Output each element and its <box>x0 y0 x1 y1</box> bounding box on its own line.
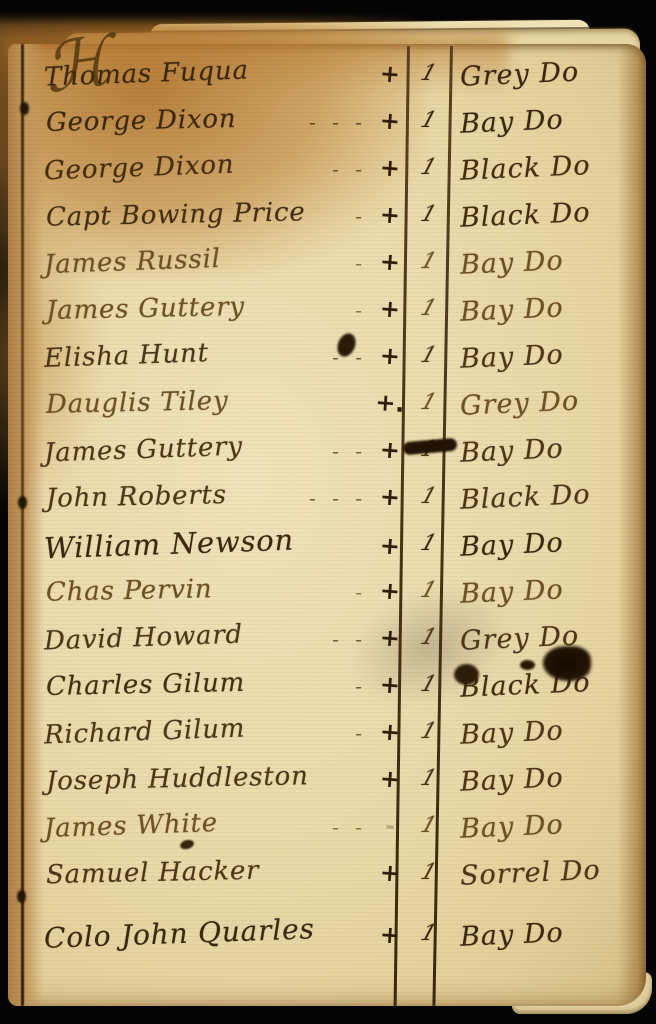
name-cell: Joseph Huddleston+ <box>44 764 407 794</box>
entry-name: George Dixon <box>44 149 235 186</box>
ledger-row: Samuel Hacker+1Sorrel Do <box>44 849 642 896</box>
entry-horse-color: Grey Do <box>449 383 642 422</box>
entry-count: 1 <box>403 860 454 885</box>
name-cell: James White- -- <box>44 811 407 841</box>
entry-horse-color: Black Do <box>449 148 642 187</box>
entry-name: James Russil <box>44 243 222 279</box>
entry-name: Thomas Fuqua <box>44 55 250 92</box>
entry-name: James White <box>44 807 219 843</box>
entry-horse-color: Black Do <box>449 665 642 704</box>
entry-count: 1 <box>403 484 454 509</box>
entry-name: William Newson <box>43 522 294 565</box>
entry-dashes: - - <box>243 439 373 463</box>
entry-name: Dauglis Tiley <box>46 386 229 420</box>
book-binding <box>8 44 44 1006</box>
entry-count: 1 <box>403 390 454 415</box>
entry-horse-color: Bay Do <box>449 571 642 610</box>
entry-count: 1 <box>403 813 454 838</box>
entry-horse-color: Bay Do <box>449 101 642 140</box>
entry-dashes: - - <box>218 815 373 839</box>
entry-count: 1 <box>403 437 454 462</box>
name-cell: George Dixon- - -+ <box>44 106 407 136</box>
entry-name: Richard Gilum <box>44 713 246 750</box>
entry-horse-color: Bay Do <box>449 242 642 281</box>
entry-horse-color: Grey Do <box>449 618 642 657</box>
entry-horse-color: Bay Do <box>449 806 642 845</box>
entry-count: 1 <box>403 61 454 86</box>
ledger-row: Richard Gilum-+1Bay Do <box>44 708 642 755</box>
name-cell: Samuel Hacker+ <box>44 858 407 888</box>
entry-name: Charles Gilum <box>46 667 246 701</box>
name-cell: George Dixon- -+ <box>44 153 407 183</box>
entry-count: 1 <box>403 766 454 791</box>
entry-count: 1 <box>403 531 454 556</box>
ledger-row: Colo John Quarles+1Bay Do <box>44 910 642 957</box>
stitch-hole <box>17 890 26 903</box>
entry-name: Colo John Quarles <box>44 912 316 954</box>
ledger-row: John Roberts- - -+1Black Do <box>44 473 642 520</box>
entry-dashes: - - - <box>234 110 373 134</box>
entry-dashes: - <box>243 298 373 322</box>
entry-count: 1 <box>403 343 454 368</box>
entry-count: 1 <box>403 155 454 180</box>
name-cell: John Roberts- - -+ <box>44 482 407 512</box>
name-cell: Charles Gilum-+ <box>44 670 407 700</box>
entry-count: 1 <box>403 249 454 274</box>
entry-name: Capt Bowing Price <box>46 197 306 232</box>
name-cell: Richard Gilum-+ <box>44 717 407 747</box>
entry-name: Joseph Huddleston <box>46 761 309 796</box>
entry-name: David Howard <box>44 619 244 656</box>
ledger-row: James Guttery-+1Bay Do <box>44 285 642 332</box>
name-cell: Elisha Hunt- -+ <box>44 341 407 371</box>
name-cell: James Guttery- -+ <box>44 435 407 465</box>
entry-count: 1 <box>403 578 454 603</box>
entry-dashes: - <box>210 580 373 604</box>
ledger-row: Capt Bowing Price-+1Black Do <box>44 191 642 238</box>
entry-horse-color: Black Do <box>449 477 642 516</box>
entry-horse-color: Bay Do <box>449 289 642 328</box>
entry-horse-color: Bay Do <box>449 759 642 798</box>
entry-check-mark: + <box>372 530 408 560</box>
entry-dashes: - <box>243 674 373 698</box>
ledger-row: George Dixon- - -+1Bay Do <box>44 97 642 144</box>
name-cell: Dauglis Tiley+. <box>44 388 407 418</box>
ledger-row: James Russil-+1Bay Do <box>44 238 642 285</box>
entry-name: Chas Pervin <box>46 574 213 607</box>
entry-dashes: - - <box>209 345 373 369</box>
ledger-rows: Thomas Fuqua+1Grey DoGeorge Dixon- - -+1… <box>44 50 642 957</box>
ledger-row: James Guttery- -+1Bay Do <box>44 426 642 473</box>
ledger-row: Chas Pervin-+1Bay Do <box>44 567 642 614</box>
entry-count: 1 <box>403 108 454 133</box>
name-cell: James Guttery-+ <box>44 294 407 324</box>
entry-count: 1 <box>403 202 454 227</box>
entry-name: Elisha Hunt <box>44 338 210 374</box>
entry-name: John Roberts <box>46 480 228 514</box>
ledger-row: Thomas Fuqua+1Grey Do <box>44 50 642 97</box>
entry-horse-color: Black Do <box>449 195 642 234</box>
name-cell: Thomas Fuqua+ <box>44 59 407 89</box>
name-cell: Chas Pervin-+ <box>44 576 407 606</box>
ledger-row: Elisha Hunt- -+1Bay Do <box>44 332 642 379</box>
binding-crease <box>21 44 24 1006</box>
entry-count: 1 <box>403 921 454 946</box>
name-cell: Capt Bowing Price-+ <box>44 200 407 230</box>
ledger-row: George Dixon- -+1Black Do <box>44 144 642 191</box>
entry-dashes: - <box>245 721 373 745</box>
ledger-row: Joseph Huddleston+1Bay Do <box>44 755 642 802</box>
entry-count: 1 <box>403 625 454 650</box>
ledger-row: David Howard- -+1Grey Do <box>44 614 642 661</box>
ledger-row: William Newson+1Bay Do <box>44 520 642 567</box>
entry-dashes: - - <box>243 627 373 651</box>
stitch-hole <box>20 102 29 115</box>
name-cell: Colo John Quarles+ <box>44 917 407 950</box>
entry-horse-color: Bay Do <box>449 524 642 563</box>
entry-dashes: - - <box>234 157 373 181</box>
entry-horse-color: Bay Do <box>449 914 642 953</box>
entry-count: 1 <box>403 719 454 744</box>
entry-count: 1 <box>403 296 454 321</box>
entry-horse-color: Bay Do <box>449 430 642 469</box>
entry-horse-color: Grey Do <box>449 54 642 93</box>
name-cell: James Russil-+ <box>44 247 407 277</box>
ledger-row: Charles Gilum-+1Black Do <box>44 661 642 708</box>
entry-name: Samuel Hacker <box>46 855 260 889</box>
manuscript-page: ℋ Thomas Fuqua+1Grey DoGeorge Dixon- - -… <box>8 44 646 1006</box>
ledger-row: James White- --1Bay Do <box>44 802 642 849</box>
entry-name: George Dixon <box>46 103 237 137</box>
entry-dashes: - <box>221 251 373 275</box>
entry-horse-color: Sorrel Do <box>449 853 642 892</box>
entry-horse-color: Bay Do <box>449 712 642 751</box>
stitch-hole <box>18 496 27 509</box>
ledger-row: Dauglis Tiley+.1Grey Do <box>44 379 642 426</box>
photo-of-ledger: ℋ Thomas Fuqua+1Grey DoGeorge Dixon- - -… <box>0 0 656 1024</box>
entry-horse-color: Bay Do <box>449 336 642 375</box>
entry-name: James Guttery <box>46 291 245 325</box>
name-cell: David Howard- -+ <box>44 623 407 653</box>
name-cell: William Newson+ <box>44 527 407 561</box>
entry-name: James Guttery <box>44 431 244 468</box>
entry-dashes: - <box>304 204 373 228</box>
entry-count: 1 <box>403 672 454 697</box>
entry-dashes: - - - <box>225 486 373 510</box>
